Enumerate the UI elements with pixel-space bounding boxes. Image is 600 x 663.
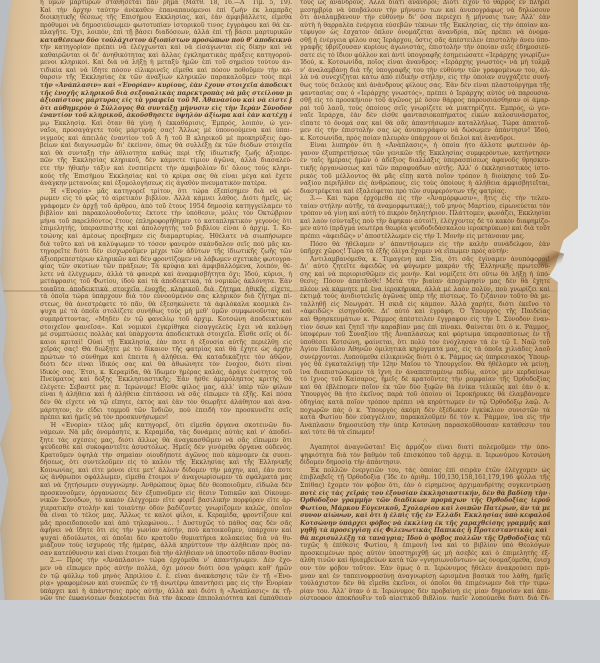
text-line: μεσημβρίᾳ νὰ ὑποβάλουν τὴν μήνυσιν των κ… [300,7,550,15]
text-line: Ἡ «Ἐνορία» τέλος μᾶς κατηγορεῖ, ὅτι εἴμε… [40,422,292,430]
text-line: ετε τὴν ἠθικὴν τάξιν καὶ ἐνσπείρετε τὴν … [40,165,292,173]
text-line: τοὐλάχιστον δὲν θὰ εἴμεθα ἐκεῖνοι, οἱ ὁπ… [300,580,550,588]
text-line: ἐναντίον τοῦ κληρικοῦ, ἀκοῦσθησετε ὑψηλὸ… [40,112,292,120]
text-line: ἐν ταῖς ἡμέραις ἡμῶν ὁ ἀδέξιος διαλλάξις… [300,157,550,165]
text-line: μὲ συμπτώσεις πολλὰς καὶ ὑπάρχοντα ἀποδε… [40,331,292,339]
text-line: ναξίου περιῆλθεν εἰς ἀνθρώπους, εἰς τοὺς… [300,180,550,188]
text-line: ὑποφέρων τοῦ Συναξίου τῆς Ἀναπλάσεως καὶ… [300,331,550,339]
text-line: δίδομεν δημοσίᾳ τὴν ἀπάντησιν. [300,459,550,467]
text-line: ἐλέγετε: Σεβαστέ μας π. Ἱερώνυμε! Εἴσθε … [40,384,292,392]
text-line: τέφυγον ὡς ἔσχατον ὅπλον ὀνομάζεται ἀναν… [300,29,550,37]
text-line: διὰ τοῦτο καὶ νὰ καλύψωμεν τὸ τόσον φανε… [40,241,292,249]
text-line: πλέον νὰ κάμνητε μὲ ἕνα ἱεροκήρυκα, ἀλλὰ… [300,286,550,294]
text-line: πλαγῆτε. Ὄχι, λοιπόν, ἐπὶ τῇ βάσει διαδό… [40,29,292,37]
text-line: ξητε τὰς σχέσεις μας, διότι ἄλλως θὰ ἀνα… [40,437,292,445]
text-line: καὶ τότε θὰ τὰ εἴπωμεν! [300,429,550,437]
text-line: 2.— Πρὸς τὴν «Ἀνάπλασιν» τώρα ἐρχόμεθα ν… [40,557,292,565]
text-line: ἐπιβλαβεῖς τῇ Ὀρθοδοξίᾳ (Ἴδε ἐν ἀριθμ. 1… [300,474,550,482]
text-line: χιερατικὴν στολὴν καὶ τοιαύτην ὁδὸν βαδί… [40,505,292,513]
text-line: Κρατοῦμεν ὑψηλὰ τὴν σημαίαν οἱουδήποτε ἀ… [40,452,292,460]
text-line: Ἀνάπλασιν δημοσιεύσῃ τὴν ὑπὲρ Κοτσώνη πα… [300,422,550,430]
text-line: τικῆς ὀργανώσεως καὶ τῶν παραφυάδων αὐτῆ… [300,165,550,173]
text-line: καὶ θὰ ἐβλέπομεν ποῖον ἐκ τῶν δύο ξιφῶν … [300,384,550,392]
text-line: μῳ Ἐκκλησίᾳ. Καὶ ὅταν θὰ γίνῃ ἡ ἐκκαθάρι… [40,120,292,128]
text-line: καὶ λαὸν (σύνταξις ποὺ τὴν ἄφηκαν αὐτοί!… [300,218,550,226]
text-line: γὸς θὰ ἐγκαταλείψῃ τὴν 12ην Μαΐου τὸ Ὑπο… [300,361,550,369]
text-line: ψυχα μὲ τὰ ὁποῖα στολίζετε συνήθως τοὺς … [40,308,292,316]
text-line: νῶν της ἐμφανίσεων διακρίνεται διὰ τὴν ἄ… [40,595,292,600]
text-line: τοιαῦτα ἀποδεικτικὰ στοιχεῖα ἐνοχῆς κληρ… [40,286,292,294]
text-line: Ἡ «Ἐνορία» μᾶς κατηγορεῖ τρίτον, ὅτι τώρ… [40,188,292,196]
text-line: Καὶ τὴν ἄρχην ταύτην ἀνέκαθεν ἐπαναπαυόμ… [40,7,292,15]
text-line: ρωμεν εἰς τὸ φῶς τὸ αἱρετικὸν βιβλίον. Ἀ… [40,195,292,203]
text-line: ποτὲ εἰς τὰς χεῖράς του ἐξουσίαν ἐκκλησι… [300,490,550,498]
text-line: τῆς ἐνοχῆς κληρικοῦ διὰ σεξουαλικὰς παρε… [40,90,292,98]
text-line: τηγορεῖτε διότι δὲν εἰσχωροῦμεν μέχρι τῶ… [40,248,292,256]
text-line: σατε εἰς τὸ ἴδιον φύλλον καὶ ἀντὶ ὑπογρα… [300,52,550,60]
text-line: στεως, θὰ ἀνεστρέφετε τὸ πᾶν, θὰ ἐξεσηκώ… [40,301,292,309]
text-line: λὰ νὰ συνεχίζηται κάτω ἀπὸ εἰδικὴν στήλη… [300,74,550,82]
text-line: θεσις; Πόσον ἀπατᾶσθε! Μετὰ τὴν βιαίαν ἀ… [300,278,550,286]
text-line: ουν τὸν φόβον τοῦτον. Ἐὰν ὅμως ὁ π. Ἱερώ… [300,565,550,573]
text-line: κατὰ Φωτίου δὸν εὐαγγέλιον, παρακαλοῦμεν… [300,414,550,422]
text-line: τὸ ἴχνος τοῦ Καίσαρος, ἡμεῖς δὲ κρατοῦντ… [300,376,550,384]
text-line: καθαιρῶνται οἱ δι' ἀνηθικότητας καὶ ἄλλα… [40,52,292,60]
text-line: μναν καὶ ἐν ταπεινοφροσύνῃ ἀναγνωρίσῃ ὡρ… [300,573,550,581]
text-line: μεν εἰς τὴν ἐπιστολήν σας ὡς ἀνυπογράφου… [300,127,550,135]
text-line: ταλληθῇ εἰς Νεωγράτ. Ἡ σκιᾶ εἰς κάμπον. … [300,301,550,309]
text-line: καὶ θὰ συνταξῃ τὴν ἀθλιοτητα καθώς περὶ … [40,150,292,158]
text-line: πρώτων τὸ σύνθημα καὶ ἔπειτα ἡ ἀλήθεια. … [40,354,292,362]
text-line: θὰ εἶναι τὸ τέλος μας. Ἄλλως τε καλοί φί… [40,512,292,520]
text-line: «ἀφειδῶς» εἰσηγοῦσθε. Δι' αὐτὸ καὶ ἐγράφ… [300,308,550,316]
text-line: μᾶς προειδοποιοῦν καὶ ἀπὸ τηλεφώνου... !… [40,520,292,528]
text-line: ραὶ τοῦ λαοῦ, τοὺς ὁποίους σεῖς γνωρίζετ… [300,105,550,113]
text-line: Ἀντιλαμβανόμεθα, κ. Τιμαγένη καὶ Σία, ὅτ… [300,256,550,264]
text-line: μιάζουν τοὺς ἰσχυροὺς τῆς ἡμέρας, ἀλλὰ κ… [40,542,292,550]
text-line: μάρτητον, ἐν εἴδει τομμοῦ τῶν Ἰνδιῶν, πο… [40,407,292,415]
text-line: νιγμοὺς καὶ ἀπειλὰς ἐναντίον τοῦ Α ἢ τοῦ… [40,135,292,143]
text-line: λετε νὰ ἐλέγχωμεν, ἀλλὰ τὰ φανερὰ καὶ ἀν… [40,271,292,279]
text-line: ρικὸς τοῦ μέλλοντος θὰ μᾶς εἴπῃ κατὰ ποῖ… [300,173,550,181]
text-line: μετάφρασις τοῦ Φωτίου, ἰδοὺ καὶ τὰ ἀποδε… [40,278,292,286]
text-line: μενοι κληρικοί. Καὶ διὰ νὰ λήξῃ ἡ μεταξὺ… [40,59,292,67]
text-line: εἶναι ἡ ἀλήθεια καὶ ἡ ἀλήθεια ἐπιτάσσει … [40,391,292,399]
text-line: Σπίθας) ἔχομεν τὸν φόβον ὅτι, ἐὰν ὁ εἰρη… [300,482,550,490]
text-line: ὁδηγίας κατὰ ποῖον τρόπον πρέπει νὰ κηρύ… [300,399,550,407]
text-line: τυχῶς ἡ ἐπίθεσις Φωτίου, ἡ ἐπιμονὴ ἵνα κ… [300,542,550,550]
text-line: Πνεύματος καὶ δόξης Ἐκκλησιαστικῆς; Ἐὰν … [40,376,292,384]
text-line: ὡς ἄνθρωποι σφάλλωμεν, εἴμεθα ἕτοιμοι ν'… [40,474,292,482]
text-line: μεν αὐτὸ (πρᾶγμα νεωτέρα θεωρία ψευδοδιδ… [300,225,550,233]
text-line: Ὑπουργὸς θὰ ἦτο ἐκεῖνος παρὰ τοῦ ὁποίου … [300,391,550,399]
text-line: ἐπιμελητής, ὑπερασπιστὴς καὶ ἀπολογητὴς … [40,225,292,233]
text-line: στοιχεῖον φανεῖσα». Καὶ νομικοὶ ἐγκρίθηκ… [40,324,292,332]
text-line: γράφομεν ἐν ἀρχῇ τοῦ ἄρθρου, ἀπὸ τοῦ ἔτο… [40,203,292,211]
text-line: ψεύδεσθε καὶ συκοφαντεῖτε ἀσυστόλως. Ἡμε… [40,444,292,452]
text-line: φαντασίας σας ὁ «Ἱεράρχης γνωστός», πρέπ… [300,90,550,98]
text-line: δὲν θὰ εἴχετε νὰ τῷ εἴπητε, ἐκτὸς καὶ ἐὰ… [40,399,292,407]
text-line: σθῇ ἡ ἐνέργεια φίλου σας Ἱεράρχου, ὅστις… [300,37,550,45]
text-line: θὰ περισυλλέξῃ τὰ τανάγρια; Ἰδοὺ ὁ φόβος… [300,535,550,543]
text-line: γραφῆς ὑβρίζουσαν κυρίους ἀγωνιστάς, ἐπι… [300,44,550,52]
section-ornament: ∴ [300,437,550,445]
text-line: τοὺς ὡς ἀνάνδρους. Ἀλλὰ διατί ἄνανδροι; … [300,0,550,7]
text-line: ἀξιοπίστους μάρτυρας εἰς τὰ γραφεῖα τοῦ … [40,97,292,105]
text-line: ρίστροφον ἀποκήρυξιν τοῦ αἱρετικοῦ βιβλί… [300,595,550,600]
text-line: τὴν κατηγορίαν πρέπει νὰ ἐλέγχωνται καὶ … [40,44,292,52]
text-line: προσκυνοῦμεν, ὀργανώσεις δὲν ἐξυπνοῦμεν … [40,490,292,498]
text-line: ἀνάγκην μετανοίας καὶ ἐξομολογήσεως εἰς … [40,180,292,188]
text-line: Εἶναι λυπηρὸν ὅτι ἡ «Ἀνάπλασις», ἡ ὁποία… [300,142,550,150]
text-line: νάμεων. Νὰ μᾶς ὀνομάσητε, κ. Κεραμίδα, τ… [40,429,292,437]
text-line: γηθῇ τὰ προσεγγίσῃ εἰς Φιλενωτικὰς Παπικ… [300,527,550,535]
text-line: ἀφήνει νὰ ἴδητε ὅτι εἰς τὴν γωνίαν αὐτήν… [40,527,292,535]
text-column-left: ἡ ὑμῶν μαρτυρῶν σταθήσεται πᾶν ῥῆμα (Ματ… [40,0,292,600]
text-line: ἐκτιμᾷ τοὺς ἀνιδιοτελεῖς ἀγῶνας ὑπὲρ τῆς… [300,293,550,301]
text-line: ψηφιότητα διὰ τὸν βαθμὸν τοῦ ἐπισκόπου τ… [300,452,550,460]
text-line: αὐτὴ ἡ θαρραλέα ἐνέργεια εὐσεβῶν τέκνων … [300,22,550,30]
text-line: Ἐκ πολλῶν ἐνεργειῶν του, τὰς ὁποίας ἐπὶ … [300,467,550,475]
text-line: ἡ ὑμῶν μαρτυρῶν σταθήσεται πᾶν ῥῆμα (Ματ… [40,0,292,7]
text-line: ποχωρῶν πάς ὁ κ. Ὑπουργὸς ἀκόμη δὲν ἐξέδ… [300,407,550,415]
text-line: διότι δὲν εἶναι ἴδικός σας καὶ θὰ ἀθωώνη… [40,361,292,369]
text-line: κ. Κοτσωνίδα, πρὸς ποίαν πλευρὰν ὑπάρχου… [300,135,550,143]
text-line: Ἰδού, κ. Κοτσωνίδα, ποῖος εἶναι ἄνανδρος… [300,59,550,67]
text-line: προσκειμένων πρὸς αὐτὸν ὑποστηριχθῇ ὡς μ… [300,550,550,558]
text-line: ναῖοι, προσαγάγετε τοὺς μάρτυράς σας! Ἄλ… [40,127,292,135]
text-line: Ὀρθόδοξον γραμμὴν τῶν διαδίκων προμάχων … [300,497,550,505]
text-line: εἴπατε τὸ ὄνομά σας καὶ θὰ σᾶς ἀπαντήσωμ… [300,120,550,128]
text-line: ρίαν του. Ἀλλ' ὅταν ὁ π. Ἱερώνυμος δὲν π… [300,588,550,596]
text-line: συνον αἰώνων, καὶ ὅτι ἡ ἐλπὶς τῆς ἐν Ἑλλ… [300,512,550,520]
text-line: ἴδικός σας. Ἔτσι, κ. Κεραμίδα, θὰ ἴδωμεν… [40,369,292,377]
text-line: Πόσο θὰ ἠθέλαμεν ν' ἀπαντήσωμεν εἰς τὴν … [300,241,550,249]
text-line: καὶ νὰ ζητήσωμεν συγγνώμην. Ἀνθρώπους ὅμ… [40,482,292,490]
text-line: Ἀγαπητοί ἀναγνῶσται! Εἰς ἀρμόζον εἶναι δ… [300,444,550,452]
text-line: συμπράττοντας. «Μηδὲν ἐν τῷ φανελίῳ τοῦ … [40,316,292,324]
text-line: ὅτι ἀναλαμβάνουν τὴν εὐθύνην δι' ὅσα περ… [300,14,550,22]
text-line: καταθέσεων δύο τοὐλάχιστον ἀξιοπίστων πρ… [40,37,292,45]
text-line: Κοτσώνην ὑπάρχει φόβος νὰ ἐκκλίνῃ ἐκ τῆς… [300,520,550,528]
text-line: πῶν τῆς Ἐκκλησίας κληρικοῦ, δὲν κάμνετε … [40,157,292,165]
text-line: βείων καὶ διαγνωσμῶν δι' ἐκείνον, ὅπως θ… [40,142,292,150]
text-line: ὑπῆρχε χῶρος! Τώρα τὰ ἑξῆς ὀλίγα ἔχομεν … [300,248,550,256]
text-line: ὑπάρχει καὶ ἡ ἀπάντησις πρὸς αὐτήν, ἀλλὰ… [40,588,292,596]
text-line: ν' ἀναλαμβάνῃ διὰ τῆς ὑπογραφῆς του τὴν … [300,67,550,75]
text-line: γανον ἐξυπηρετήσεως τῶν γενικῶν τῆς Ἐκκλ… [300,150,550,158]
text-line: ἵνα διαπιστώσωμεν τὰ ἴχνη ἐν ἀναπεπταμέν… [300,369,550,377]
text-line: μήνα τοῦ παρελθόντος ἔτους ἐπληροφορήθημ… [40,218,292,226]
text-line: άλθη τινῶν καὶ θριαμβεύων κατὰ τῶν «γνησ… [300,557,550,565]
text-line: πρόθυμοι νὰ δημοσιεύσωμεν φωτοτυπίαν ἱστ… [40,22,292,30]
text-line: τρόπον νὰ γίνῃ καὶ αὐτὴ τὸ πικρὸν δηλητή… [300,210,550,218]
text-line: ὅτι αὐθημερὸν ὁ Σύλλογος θὰ συντάξῃ μήνυ… [40,105,292,113]
text-line: ρίᾳ» γραφομένων καὶ συνεπῶς ἐν τῇ ἀνωτέρ… [40,580,292,588]
text-line: ὑποθέσει Κοτσώνη, φαίνεται, ὅτι πολὺ τὸν… [300,339,550,347]
text-line: ταίαν στήλην αὐτῆς, τὰ ἀναμορφωτικά(;), … [300,203,550,211]
text-line: τὰ ὁποῖα τώρα ὑπάρχουν διὰ τὸν εὐνοούμεν… [40,293,292,301]
text-line: συνέρχονται. Λυπούμεθα εἰλικρινῶς διότι … [300,354,550,362]
text-line: ἐν τῷ φύλλῳ τοῦ μηνὸς Ἀπριλίου ἐ. ἔ. εἶν… [40,573,292,581]
text-line: πρέπει «ἀφειδῶς» ν' ἀποστέλλωμεν εἰς τὴν… [300,233,550,241]
text-line: φίας τῶν σκοτίων τῶν πράξεων; Τὰ κρύφια … [40,263,292,271]
text-line: σης καὶ νὰ περιορισθῶμεν εἰς μονήν. Καὶ … [300,271,550,279]
text-line: 3.— Καὶ τώρα ἐρχόμεθα εἰς τὴν «Ἀναμόρφωσ… [300,195,550,203]
text-line: κοὺς τῆς Ἐπισήμου Ἐκκλησίας καὶ τὸ κρίμα… [40,173,292,181]
text-line: τιδικία καὶ νὰ ἴδητε πόσον εἰλικρινεῖς ε… [40,67,292,75]
text-line: διοικητικῆς θέσεως τῆς Ἐπισήμου Ἐκκλησία… [40,14,292,22]
text-line: ναῖε Ἱεράρχα, ἐὰν δὲν εἶσθε φαντασιοκοπή… [300,112,550,120]
text-line: καιοι κριταί! Οὐαὶ τῇ Ἐκκλησίᾳ, ἐὰν ποτε… [40,339,292,347]
text-line: σαν κατεύθυνσιν καὶ εἶναι ἕτοιμαι διὰ τὴ… [40,550,292,558]
text-line: καὶ Θρησκευμάτων κ. Ῥάμμος ἀπέστειλεν ἔγ… [300,316,550,324]
text-line: Φωτίου, Μάρκου Εὐγενικοῦ, Σχολαρίου καὶ … [300,505,550,513]
text-line: θως τοὺς δειλοὺς καὶ ἀνάνδρους φίλους σα… [300,82,550,90]
newspaper-page: ἡ ὑμῶν μαρτυρῶν σταθήσεται πᾶν ῥῆμα (Ματ… [0,0,578,600]
text-line: ψυχαὶ ἀδούλωτοι, αἱ ὁποῖαι δὲν κρατοῦν θ… [40,535,292,543]
text-line: πρέπει καὶ ἡμεῖς νὰ τὸν προσκυνήσωμεν! [40,414,292,422]
text-line: νικῶν Συνόδων, τὸ κακὸν ἐλέγχομεν εἴτε φ… [40,497,292,505]
text-line: διαστρέφεται καὶ ἐξαλείφεται πρὸ τῶν συμ… [300,188,550,196]
text-line: Δι' αὐτὸ ζητεῖτε ἀφειδῶς νὰ φύγωμεν μακρ… [300,263,550,271]
text-line: τὴν «Ἀνάπλασιν» καὶ «Ἐνορίαν» κυρίους, ἐ… [40,82,292,90]
text-line: χεῖράς σας! Θὰ διώξητε μὲ τὸ δίκαιον τῆς… [40,346,292,354]
text-line: βιβλίον καὶ παρακολουθοῦντες ἔκτοτε τὴν … [40,210,292,218]
text-line: Κοινωνίας, καὶ εἶτε μόνοι εἶτε μετ' ἄλλω… [40,467,292,475]
text-line: ἀξιοπρεπεστέρων κληρικῶν καὶ δὲν φροντίζ… [40,256,292,264]
text-line: τίον ὅσων καὶ ζητεῖ τὴν καραβίαν μας ἐπὶ… [300,324,550,332]
text-column-right: τοὺς ὡς ἀνάνδρους. Ἀλλὰ διατί ἄνανδροι; … [300,0,550,600]
text-line: δήσεως, ὅτι συντελοῦμεν εἰς τὸ καλὸν τῆς… [40,459,292,467]
text-line: θαρσιν τῆς Ἐκκλησίας ἐκ τῶν ἀναξίων κληρ… [40,74,292,82]
text-line: σθῇ εἰς τὸ προσκήνιον τοῦ ἀγῶνος μὲ ὅσον… [300,97,550,105]
text-line: τσώνης καὶ ἀμέσως προεβημεν εἰς διαμαρτυ… [40,233,292,241]
text-line: μεν νὰ εἴπωμεν πρὸς αὐτὴν πολλά, ὄχι μόν… [40,565,292,573]
text-line: Ἁγίου Παύλου Ἀθηνῶν ὁμιλητικὰ κηρύγματά … [300,346,550,354]
column-gutter [292,0,300,600]
